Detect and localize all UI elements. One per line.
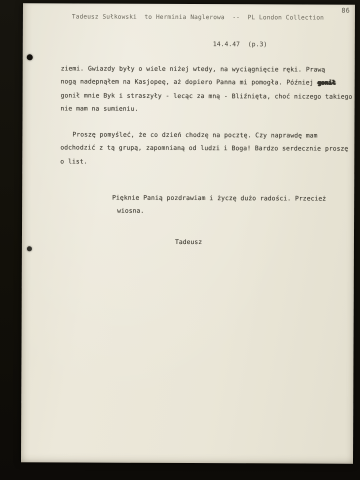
- letter-page: 86 Tadeusz Sułkowski to Herminia Naglero…: [21, 3, 355, 463]
- text-line: Proszę pomyśleć, że co dzień chodzę na p…: [60, 128, 348, 143]
- paragraph-post-office: Proszę pomyśleć, że co dzień chodzę na p…: [60, 128, 348, 169]
- text-line: odchodzić z tą grupą, zapomnianą od ludz…: [60, 142, 348, 157]
- text-line: wiosna.: [112, 205, 326, 219]
- closing-greeting: Pięknie Panią pozdrawiam i życzę dużo ra…: [112, 192, 326, 220]
- dateline: 14.4.47 (p.3): [213, 41, 268, 48]
- archive-header-caption: Tadeusz Sułkowski to Herminia Naglerowa …: [72, 13, 324, 21]
- overstruck-word: gonił: [317, 80, 335, 87]
- scan-background: 86 Tadeusz Sułkowski to Herminia Naglero…: [0, 0, 360, 480]
- punch-hole-icon: [27, 246, 32, 251]
- page-number: 86: [342, 7, 350, 15]
- punch-hole-icon: [27, 54, 33, 60]
- signature: Tadeusz: [175, 236, 202, 250]
- text-line: nie mam na sumieniu.: [61, 103, 353, 118]
- signature-name: Tadeusz: [175, 236, 202, 250]
- paragraph-stars: ziemi. Gwiazdy były o wiele niżej wtedy,…: [61, 62, 353, 117]
- text-line: o list.: [60, 155, 348, 170]
- text-line: ziemi. Gwiazdy były o wiele niżej wtedy,…: [61, 62, 353, 77]
- text-line: gonił mnie Byk i straszyły - lecąc za mn…: [61, 89, 353, 104]
- text-segment: nogą nadepnąłem na Kasjopeę, aż dopiero …: [61, 79, 318, 87]
- text-line: nogą nadepnąłem na Kasjopeę, aż dopiero …: [61, 76, 353, 91]
- text-line: Pięknie Panią pozdrawiam i życzę dużo ra…: [112, 192, 326, 206]
